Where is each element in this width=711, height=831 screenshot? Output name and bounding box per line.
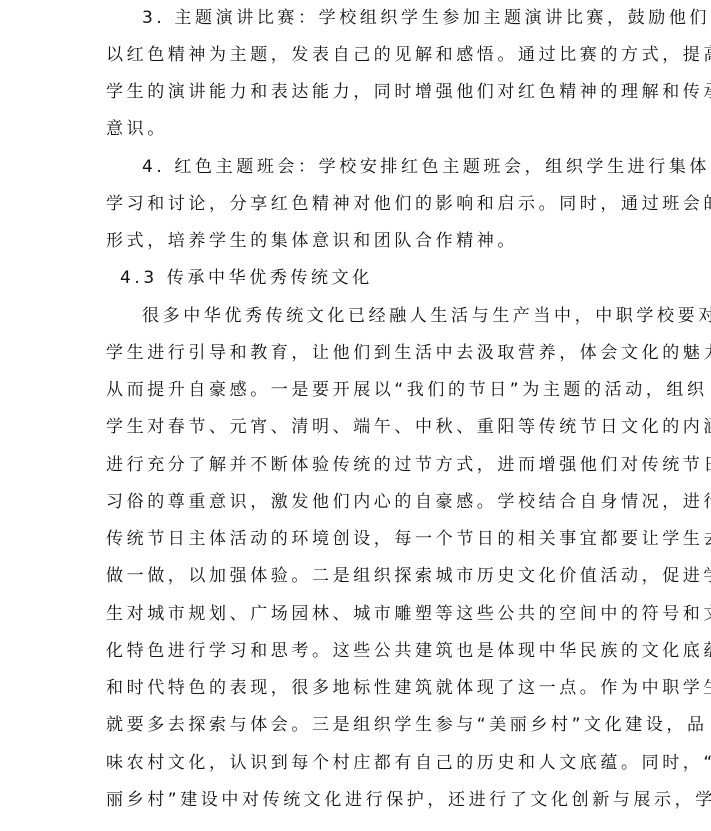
paragraph-line: 从而提升自豪感。一是要开展以“我们的节日”为主题的活动，组织: [106, 372, 708, 409]
list-item-3-line-4: 意识。: [106, 111, 168, 148]
paragraph-line: 味农村文化，认识到每个村庄都有自己的历史和人文底蕴。同时，“美: [106, 745, 711, 782]
paragraph-line: 就要多去探索与体会。三是组织学生参与“美丽乡村”文化建设，品: [106, 707, 708, 744]
paragraph-line: 化特色进行学习和思考。这些公共建筑也是体现中华民族的文化底蕴: [106, 633, 711, 670]
list-item-3-line-2: 以红色精神为主题，发表自己的见解和感悟。通过比赛的方式，提高: [106, 37, 711, 74]
list-item-3-line-3: 学生的演讲能力和表达能力，同时增强他们对红色精神的理解和传承: [106, 74, 711, 111]
paragraph-line: 丽乡村”建设中对传统文化进行保护，还进行了文化创新与展示，学: [106, 782, 711, 819]
paragraph-line: 做一做，以加强体验。二是组织探索城市历史文化价值活动，促进学: [106, 558, 711, 595]
paragraph-line: 学生进行引导和教育，让他们到生活中去汲取营养，体会文化的魅力，: [106, 335, 711, 372]
list-item-4-line-2: 学习和讨论，分享红色精神对他们的影响和启示。同时，通过班会的: [106, 186, 711, 223]
paragraph-line: 进行充分了解并不断体验传统的过节方式，进而增强他们对传统节日: [106, 447, 711, 484]
list-item-3-line-1: 3. 主题演讲比赛：学校组织学生参加主题演讲比赛，鼓励他们: [142, 0, 710, 37]
paragraph-line: 和时代特色的表现，很多地标性建筑就体现了这一点。作为中职学生，: [106, 670, 711, 707]
list-item-4-line-1: 4. 红色主题班会：学校安排红色主题班会，组织学生进行集体: [142, 149, 710, 186]
paragraph-line: 生对城市规划、广场园林、城市雕塑等这些公共的空间中的符号和文: [106, 596, 711, 633]
paragraph-line: 学生对春节、元宵、清明、端午、中秋、重阳等传统节日文化的内涵: [106, 409, 711, 446]
paragraph-line: 传统节日主体活动的环境创设，每一个节日的相关事宜都要让学生去: [106, 521, 711, 558]
paragraph-line: 习俗的尊重意识，激发他们内心的自豪感。学校结合自身情况，进行: [106, 484, 711, 521]
list-item-4-line-3: 形式，培养学生的集体意识和团队合作精神。: [106, 223, 518, 260]
paragraph-line: 很多中华优秀传统文化已经融人生活与生产当中，中职学校要对: [142, 298, 711, 335]
section-heading: 4.3 传承中华优秀传统文化: [120, 260, 373, 297]
